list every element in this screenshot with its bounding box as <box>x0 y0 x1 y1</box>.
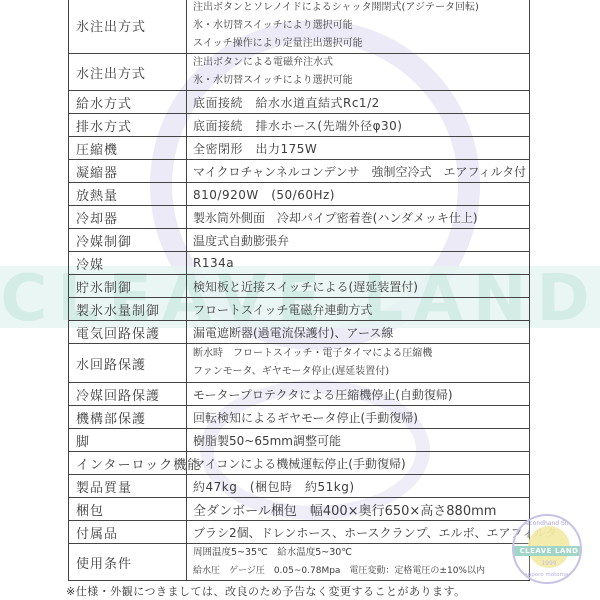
value-line: 注出ボタンによる電磁弁注水式 <box>193 54 523 72</box>
row-value: マイコンによる機械運転停止(手動復帰) <box>187 452 530 475</box>
value-line: 氷・水切替スイッチにより選択可能 <box>193 72 523 90</box>
table-row: 圧縮機 全密閉形 出力175W <box>69 137 530 160</box>
table-row: 付属品 ブラシ2個、ドレンホース、ホースクランプ、エルボ、エアフィルタ <box>69 521 530 544</box>
stamp-band-text: CLEAVE LAND <box>514 546 582 556</box>
value-line: 給水圧 ゲージ圧 0.05~0.78Mpa 電圧変動：定格電圧の±10%以内 <box>193 562 523 580</box>
table-row: 機構部保護 回転検知によるギヤモータ停止(手動復帰) <box>69 406 530 429</box>
row-label: 水注出方式 <box>69 54 187 91</box>
row-value: マイクロチャンネルコンデンサ 強制空冷式 エアフィルタ付 <box>187 160 530 183</box>
row-label: 排水方式 <box>69 114 187 137</box>
table-row: 冷媒回路保護 モータープロテクタによる圧縮機停止(自動復帰) <box>69 383 530 406</box>
row-value: 漏電遮断器(過電流保護付)、アース線 <box>187 321 530 344</box>
table-row: 貯氷制御 検知板と近接スイッチによる(遅延装置付) <box>69 275 530 298</box>
row-value: 断水時 フロートスイッチ・電子タイマによる圧縮機 ファンモータ、ギヤモータ停止(… <box>187 344 530 383</box>
row-label: 梱包 <box>69 498 187 521</box>
row-label: 製品質量 <box>69 475 187 498</box>
row-value: R134a <box>187 252 530 275</box>
table-row: 水注出方式 注出ボタンによる電磁弁注水式 氷・水切替スイッチにより選択可能 <box>69 54 530 91</box>
stamp-top-text: Secondhand Shop <box>514 520 582 527</box>
table-row: 水回路保護 断水時 フロートスイッチ・電子タイマによる圧縮機 ファンモータ、ギヤ… <box>69 344 530 383</box>
row-value: 樹脂製50~65mm調整可能 <box>187 429 530 452</box>
row-value: フロートスイッチ電磁弁連動方式 <box>187 298 530 321</box>
row-value: 底面接続 排水ホース(先端外径φ30) <box>187 114 530 137</box>
table-row: 電気回路保護 漏電遮断器(過電流保護付)、アース線 <box>69 321 530 344</box>
row-value: 注出ボタンによる電磁弁注水式 氷・水切替スイッチにより選択可能 <box>187 54 530 91</box>
row-value: モータープロテクタによる圧縮機停止(自動復帰) <box>187 383 530 406</box>
table-row: インターロック機能 マイコンによる機械運転停止(手動復帰) <box>69 452 530 475</box>
table-row: 冷媒制御 温度式自動膨張弁 <box>69 229 530 252</box>
value-line: 注出ボタンとソレノイドによるシャッタ開閉式(アジテータ回転) <box>193 0 523 17</box>
table-row: 使用条件 周囲温度5~35℃ 給水温度5~30℃ 給水圧 ゲージ圧 0.05~0… <box>69 544 530 581</box>
row-label: インターロック機能 <box>69 452 187 475</box>
table-row: 製氷水量制御 フロートスイッチ電磁弁連動方式 <box>69 298 530 321</box>
table-row: 放熱量 810/920W (50/60Hz) <box>69 183 530 206</box>
row-value: 全ダンボール梱包 幅400×奥行650×高さ880mm <box>187 498 530 521</box>
value-line: 氷・水切替スイッチにより選択可能 <box>193 17 523 35</box>
table-row: 凝縮器 マイクロチャンネルコンデンサ 強制空冷式 エアフィルタ付 <box>69 160 530 183</box>
row-label: 冷媒回路保護 <box>69 383 187 406</box>
table-row: 冷媒 R134a <box>69 252 530 275</box>
row-value: 注出ボタンとソレノイドによるシャッタ開閉式(アジテータ回転) 氷・水切替スイッチ… <box>187 0 530 54</box>
shop-stamp-logo: Secondhand Shop CLEAVE LAND 1999 sapporo… <box>512 514 582 584</box>
row-label: 冷媒制御 <box>69 229 187 252</box>
stamp-year: 1999 <box>514 560 582 567</box>
row-value: 温度式自動膨張弁 <box>187 229 530 252</box>
value-line: ファンモータ、ギヤモータ停止(遅延装置付) <box>193 363 523 381</box>
row-label: 付属品 <box>69 521 187 544</box>
row-label: 電気回路保護 <box>69 321 187 344</box>
spec-table: 氷注出方式 注出ボタンとソレノイドによるシャッタ開閉式(アジテータ回転) 氷・水… <box>68 0 530 581</box>
table-row: 冷却器 製氷筒外側面 冷却パイプ密着巻(ハンダメッキ仕上) <box>69 206 530 229</box>
row-label: 放熱量 <box>69 183 187 206</box>
row-label: 給水方式 <box>69 91 187 114</box>
row-value: 底面接続 給水水道直結式Rc1/2 <box>187 91 530 114</box>
row-label: 圧縮機 <box>69 137 187 160</box>
row-label: 製氷水量制御 <box>69 298 187 321</box>
table-row: 脚 樹脂製50~65mm調整可能 <box>69 429 530 452</box>
row-value: 周囲温度5~35℃ 給水温度5~30℃ 給水圧 ゲージ圧 0.05~0.78Mp… <box>187 544 530 581</box>
table-row: 氷注出方式 注出ボタンとソレノイドによるシャッタ開閉式(アジテータ回転) 氷・水… <box>69 0 530 54</box>
row-label: 貯氷制御 <box>69 275 187 298</box>
row-value: 製氷筒外側面 冷却パイプ密着巻(ハンダメッキ仕上) <box>187 206 530 229</box>
table-row: 製品質量 約47kg (梱包時 約51kg) <box>69 475 530 498</box>
row-value: 検知板と近接スイッチによる(遅延装置付) <box>187 275 530 298</box>
row-label: 使用条件 <box>69 544 187 581</box>
row-label: 氷注出方式 <box>69 0 187 54</box>
row-label: 冷却器 <box>69 206 187 229</box>
value-line: スイッチ操作により定量注出選択可能 <box>193 35 523 53</box>
row-value: 810/920W (50/60Hz) <box>187 183 530 206</box>
row-value: 回転検知によるギヤモータ停止(手動復帰) <box>187 406 530 429</box>
table-row: 梱包 全ダンボール梱包 幅400×奥行650×高さ880mm <box>69 498 530 521</box>
row-label: 凝縮器 <box>69 160 187 183</box>
row-value: 約47kg (梱包時 約51kg) <box>187 475 530 498</box>
row-value: 全密閉形 出力175W <box>187 137 530 160</box>
row-label: 冷媒 <box>69 252 187 275</box>
table-row: 給水方式 底面接続 給水水道直結式Rc1/2 <box>69 91 530 114</box>
row-label: 水回路保護 <box>69 344 187 383</box>
value-line: 周囲温度5~35℃ 給水温度5~30℃ <box>193 544 523 562</box>
table-row: 排水方式 底面接続 排水ホース(先端外径φ30) <box>69 114 530 137</box>
value-line: 断水時 フロートスイッチ・電子タイマによる圧縮機 <box>193 345 523 363</box>
row-label: 脚 <box>69 429 187 452</box>
stamp-bottom-text: sapporo motomachi <box>514 572 582 578</box>
row-label: 機構部保護 <box>69 406 187 429</box>
row-value: ブラシ2個、ドレンホース、ホースクランプ、エルボ、エアフィルタ <box>187 521 530 544</box>
footnote: ※仕様・外観につきましては、改良のため予告なく変更することがあります。 <box>66 583 466 599</box>
